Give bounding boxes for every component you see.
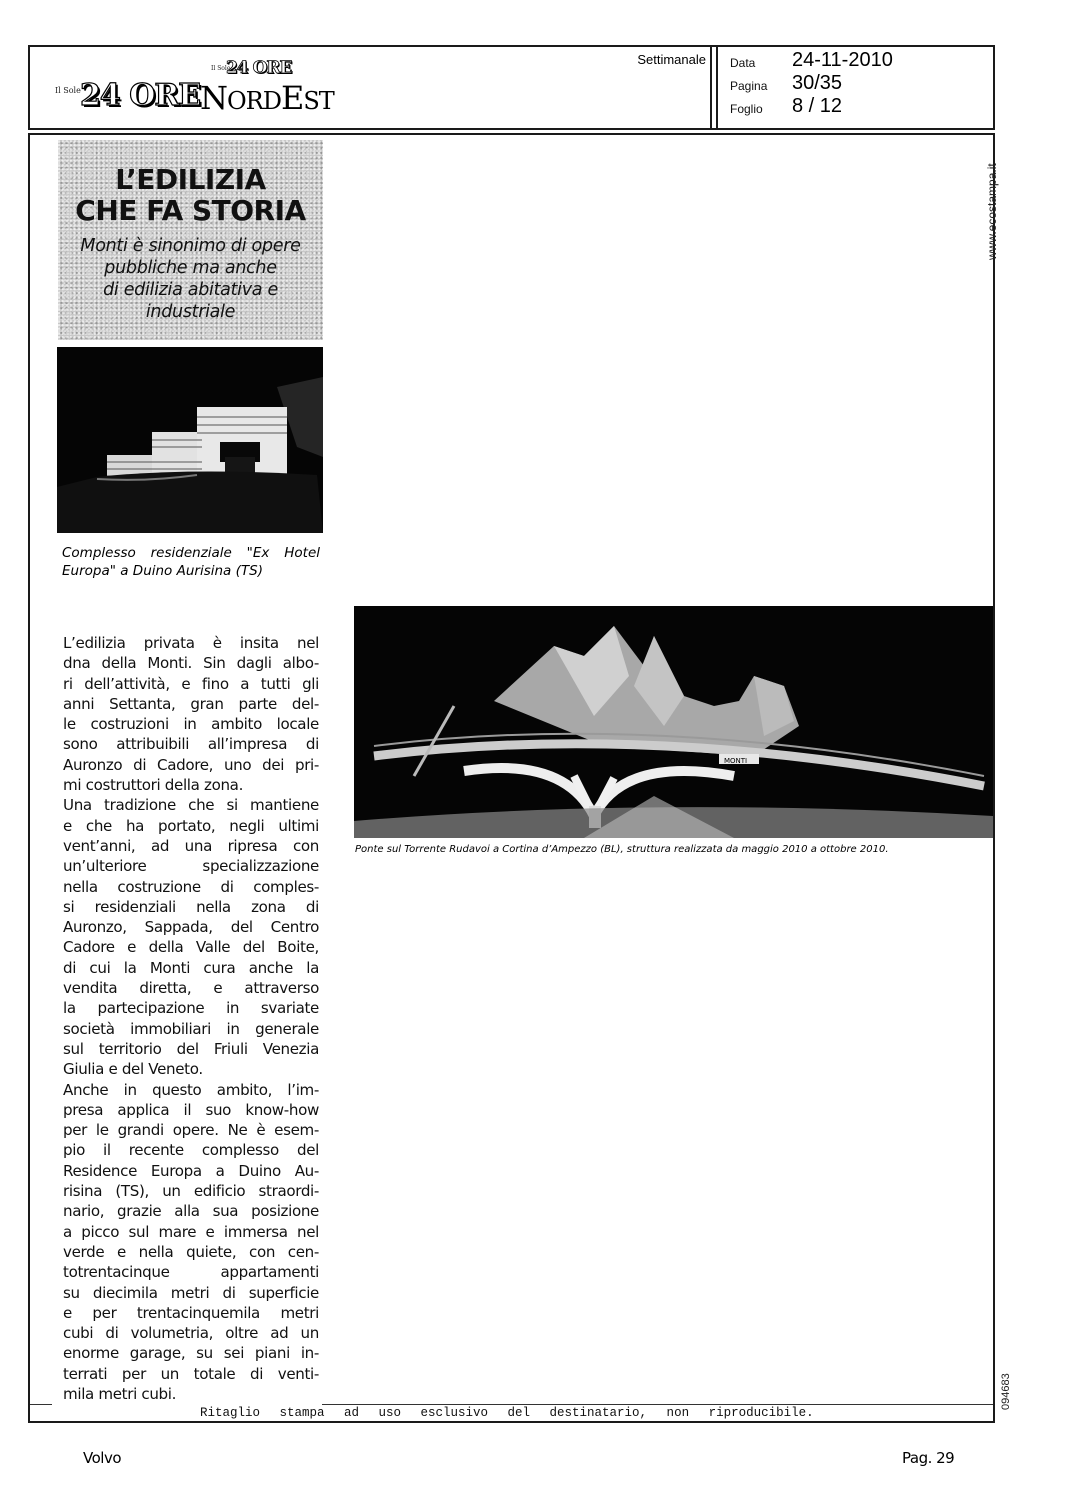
article-line: Residence Europa a Duino Au- — [63, 1161, 319, 1181]
svg-text:MONTI: MONTI — [724, 757, 747, 765]
article-line: su diecimila metri di superficie — [63, 1283, 319, 1303]
article-line: presa applica il suo know-how — [63, 1100, 319, 1120]
article-line: Auronzo di Cadore, uno dei pri- — [63, 755, 319, 775]
side-url: www.ecostampa.it — [985, 145, 1015, 260]
article-line: si residenziali nella zona di — [63, 897, 319, 917]
rule — [322, 1404, 993, 1405]
hotel-photo — [57, 347, 323, 533]
article-line: Giulia e del Veneto. — [63, 1059, 319, 1079]
article-line: enorme garage, su sei piani in- — [63, 1343, 319, 1363]
article-line: Cadore e della Valle del Boite, — [63, 937, 319, 957]
article-line: mila metri cubi. — [63, 1384, 319, 1404]
client-name: Volvo — [83, 1449, 121, 1467]
article-line: società immobiliari in generale — [63, 1019, 319, 1039]
article-line: Auronzo, Sappada, del Centro — [63, 917, 319, 937]
hotel-caption: Complesso residenziale "Ex Hotel Europa"… — [62, 544, 320, 580]
headline: L’EDILIZIA CHE FA STORIA — [58, 164, 323, 226]
article-line: totrentacinque appartamenti — [63, 1262, 319, 1282]
article-line: a picco sul mare e immersa nel — [63, 1222, 319, 1242]
article-line: un’ulteriore specializzazione — [63, 856, 319, 876]
bridge-caption: Ponte sul Torrente Rudavoi a Cortina d’A… — [355, 844, 995, 855]
article-line: di cui la Monti cura anche la — [63, 958, 319, 978]
logo-24ore: 24 ORE — [80, 78, 200, 113]
header-divider — [710, 45, 712, 130]
article-line: nario, grazie alla sua posizione — [63, 1201, 319, 1221]
article-line: ri dell’attività, e fino a tutti gli — [63, 674, 319, 694]
article-line: sul territorio del Friuli Venezia — [63, 1039, 319, 1059]
hotel-building-image — [57, 347, 323, 533]
article-line: nella costruzione di comples- — [63, 877, 319, 897]
headline-box: L’EDILIZIA CHE FA STORIA Monti è sinonim… — [58, 140, 323, 340]
pagina-label: Pagina — [730, 79, 767, 93]
article-line: e che ha portato, negli ultimi — [63, 816, 319, 836]
article-line: cubi di volumetria, oltre ad un — [63, 1323, 319, 1343]
publication-frequency: Settimanale — [620, 52, 706, 67]
logo-sole-label: Il Sole — [55, 86, 81, 95]
data-value: 24-11-2010 — [792, 49, 893, 72]
article-line: vendita diretta, e attraverso — [63, 978, 319, 998]
article-body: L’edilizia privata è insita nel dna dell… — [63, 633, 319, 1404]
bridge-mountains-image: MONTI — [354, 606, 993, 838]
copyright-disclaimer: Ritaglio stampa ad uso esclusivo del des… — [200, 1406, 814, 1420]
article-line: verde e nella quiete, con cen- — [63, 1242, 319, 1262]
header-divider — [716, 45, 718, 130]
article-line: la partecipazione in svariate — [63, 998, 319, 1018]
article-line: le costruzioni in ambito locale — [63, 714, 319, 734]
article-line: L’edilizia privata è insita nel — [63, 633, 319, 653]
article-line: pio il recente complesso del — [63, 1140, 319, 1160]
page-number: Pag. 29 — [902, 1449, 954, 1467]
bridge-photo: MONTI — [354, 606, 993, 838]
pagina-value: 30/35 — [792, 72, 842, 95]
foglio-value: 8 / 12 — [792, 95, 842, 118]
article-line: Anche in questo ambito, l’im- — [63, 1080, 319, 1100]
article-line: mi costruttori della zona. — [63, 775, 319, 795]
article-line: sono attribuibili all’impresa di — [63, 734, 319, 754]
side-code: 094683 — [1000, 1368, 1018, 1410]
article-line: risina (TS), un edificio straordi- — [63, 1181, 319, 1201]
article-line: vent’anni, ad una ripresa con — [63, 836, 319, 856]
data-label: Data — [730, 56, 755, 70]
article-line: per le grandi opere. Ne è esem- — [63, 1120, 319, 1140]
logo-nordest: NORDEST — [200, 79, 334, 117]
article-line: anni Settanta, gran parte del- — [63, 694, 319, 714]
rule — [30, 1404, 52, 1405]
article-line: e per trentacinquemila metri — [63, 1303, 319, 1323]
subheadline: Monti è sinonimo di opere pubbliche ma a… — [58, 235, 323, 323]
foglio-label: Foglio — [730, 102, 763, 116]
article-line: terrati per un totale di venti- — [63, 1364, 319, 1384]
logo-24ore-small: 24 ORE — [226, 58, 291, 78]
article-line: Una tradizione che si mantiene — [63, 795, 319, 815]
article-line: dna della Monti. Sin dagli albo- — [63, 653, 319, 673]
